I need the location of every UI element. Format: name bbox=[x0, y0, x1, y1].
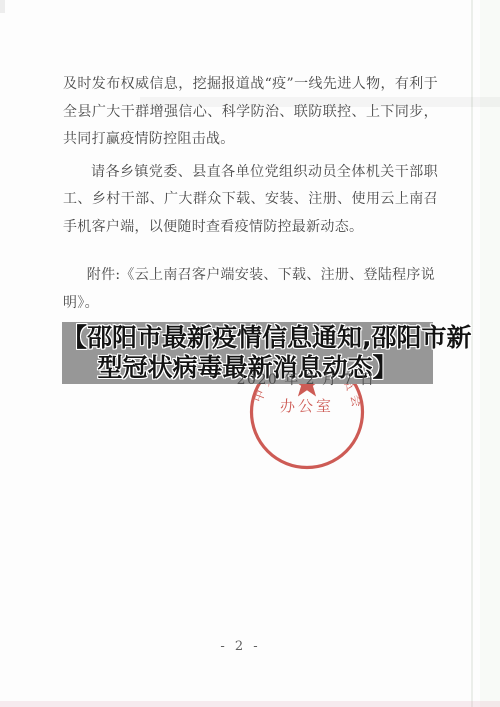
seal-date: 2020 年 2 月 7 日 bbox=[236, 369, 376, 389]
scan-edge-tint bbox=[480, 0, 500, 707]
seal-center-text: 办公室 bbox=[280, 397, 334, 415]
scan-bottom-edge bbox=[0, 701, 500, 707]
scan-corner-mark bbox=[0, 0, 5, 13]
overlay-title-line1: 【邵阳市最新疫情信息通知,邵阳市新 bbox=[62, 323, 433, 353]
scan-fold-line bbox=[471, 0, 473, 707]
attachment-line: 附件:《云上南召客户端安装、下载、注册、登陆程序说明》。 bbox=[63, 262, 438, 317]
page-number: - 2 - bbox=[0, 639, 481, 654]
document-page: 及时发布权威信息，挖掘报道战“疫”一线先进人物，有利于全县广大干群增强信心、科学… bbox=[0, 0, 500, 707]
paragraph-1: 及时发布权威信息，挖掘报道战“疫”一线先进人物，有利于全县广大干群增强信心、科学… bbox=[63, 71, 438, 154]
paragraph-2: 请各乡镇党委、县直各单位党组织动员全体机关干部职工、乡村干部、广大群众下载、安装… bbox=[63, 159, 438, 242]
body-text-block: 及时发布权威信息，挖掘报道战“疫”一线先进人物，有利于全县广大干群增强信心、科学… bbox=[63, 71, 438, 317]
